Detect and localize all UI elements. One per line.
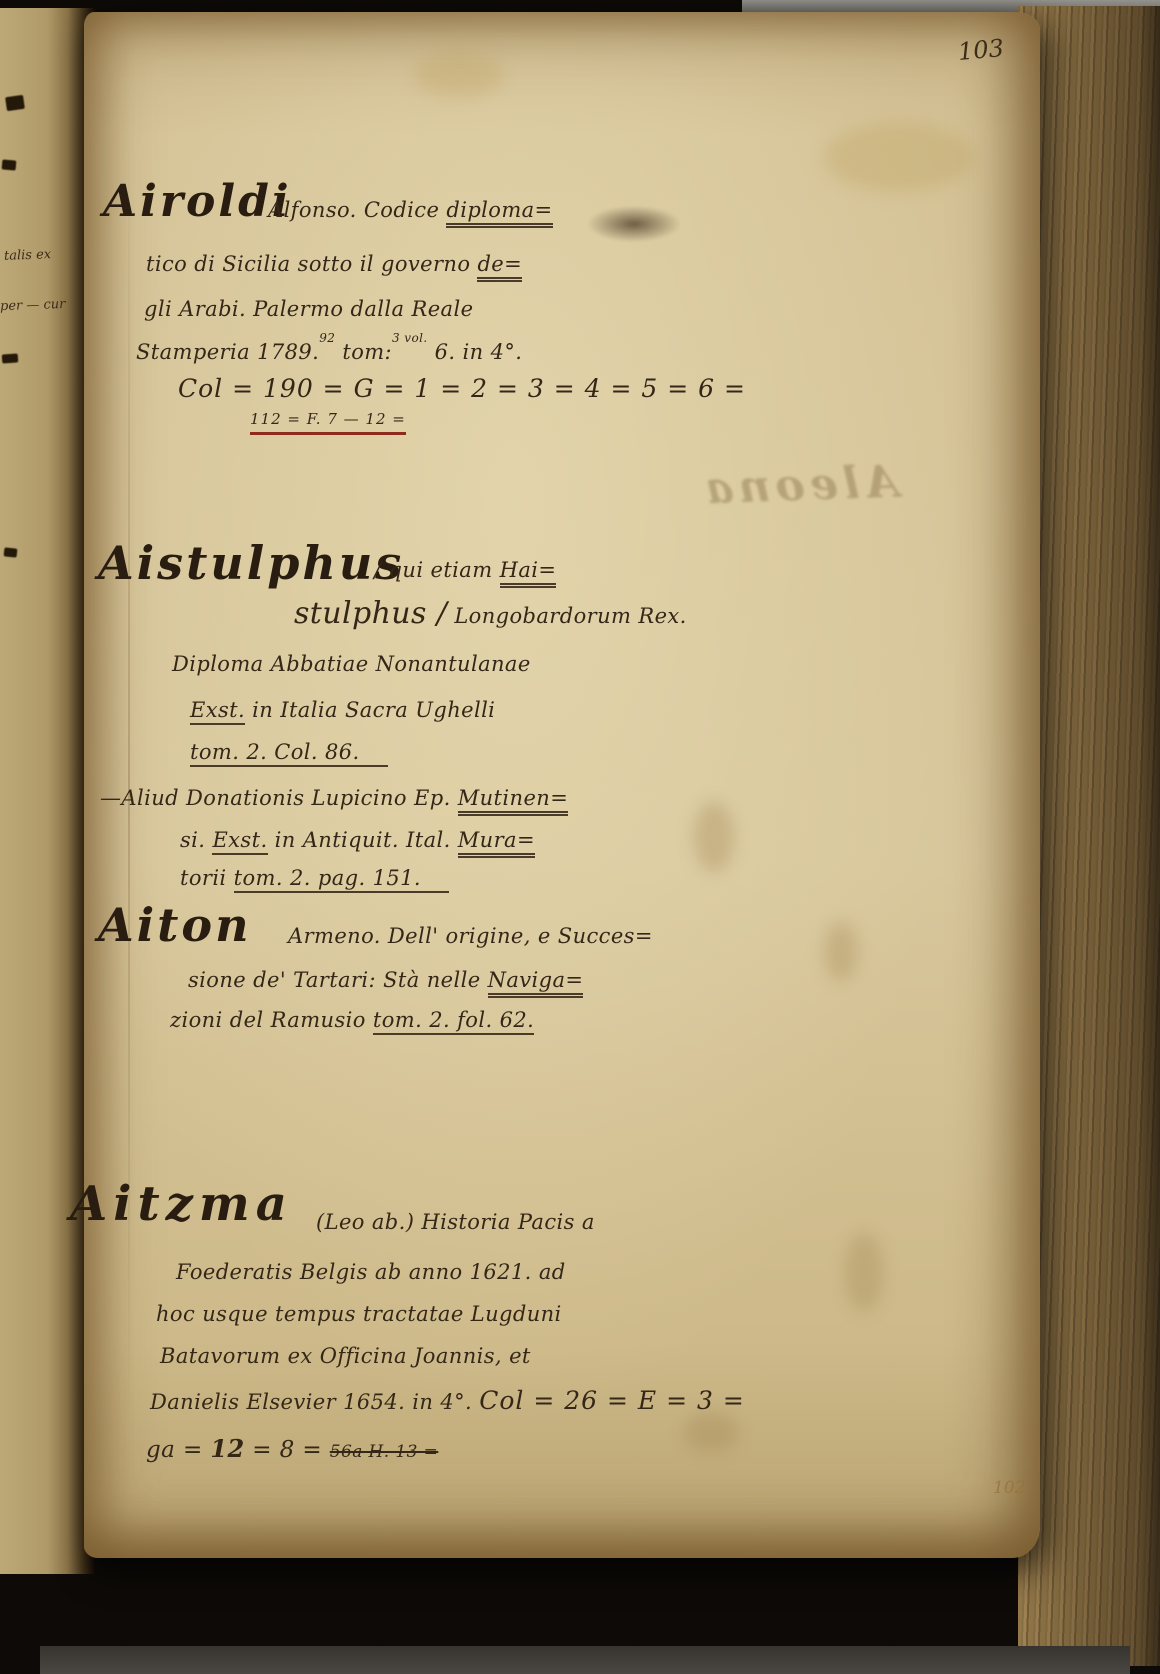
shelfmark-segment: Col = 26 = E = 3 = xyxy=(479,1386,745,1415)
shelfmark-line: 112 = F. 7 — 12 = xyxy=(250,410,406,428)
text-segment: Naviga= xyxy=(488,968,584,998)
ghost-bleedthrough-text: Aleona xyxy=(699,457,899,515)
text-segment: stulphus / xyxy=(294,596,447,631)
text-segment: in Italia Sacra Ughelli xyxy=(245,698,495,722)
text-segment: Longobardorum Rex. xyxy=(447,604,686,628)
text-segment: tom: xyxy=(335,340,392,364)
red-underlined-segment: 112 = F. 7 — 12 = xyxy=(250,410,406,435)
text-segment: 6. in 4°. xyxy=(428,340,523,364)
entry-line: Danielis Elsevier 1654. in 4°. Col = 26 … xyxy=(150,1386,745,1415)
text-segment: Col = 190 = G = 1 = 2 = 3 = 4 = 5 = 6 = xyxy=(178,374,746,403)
text-segment: 12 xyxy=(210,1434,244,1463)
text-segment: tico di Sicilia sotto il governo xyxy=(146,252,477,276)
entry-line: Stamperia 1789.92 tom:3 vol. 6. in 4°. xyxy=(136,340,522,364)
text-segment: Hai= xyxy=(500,558,557,588)
text-segment: torii xyxy=(180,866,234,890)
entry-heading-aiton: Aiton xyxy=(98,898,252,952)
entry-line: sione de' Tartari: Stà nelle Naviga= xyxy=(188,968,583,992)
struck-shelfmark: 56a H. 13 = xyxy=(330,1442,438,1462)
text-segment: = 8 = xyxy=(245,1437,330,1463)
handwritten-text-layer: Aleona 103 Airoldi Alfonso. Codice diplo… xyxy=(0,0,1160,1674)
verso-folio-number: 102 xyxy=(993,1478,1025,1498)
text-segment: —Aliud Donationis Lupicino Ep. xyxy=(100,786,458,810)
superscript-note: 92 xyxy=(319,331,335,345)
text-segment: diploma= xyxy=(446,198,552,228)
folio-number: 103 xyxy=(957,34,1005,66)
ink-smudge xyxy=(588,206,680,242)
entry-line: tom. 2. Col. 86. xyxy=(190,740,388,764)
text-segment: in Antiquit. Ital. xyxy=(268,828,458,852)
text-segment: Armeno. Dell' origine, e Succes= xyxy=(288,924,653,948)
text-segment: / qui etiam xyxy=(374,558,500,582)
text-segment: gli Arabi. Palermo dalla Reale xyxy=(144,297,473,321)
entry-line: hoc usque tempus tractatae Lugduni xyxy=(156,1302,562,1326)
photo-background: talis ex per — cur Aleona 103 Airoldi Al… xyxy=(0,0,1160,1674)
text-segment: hoc usque tempus tractatae Lugduni xyxy=(156,1302,562,1326)
entry-line: —Aliud Donationis Lupicino Ep. Mutinen= xyxy=(100,786,568,810)
text-segment: sione de' Tartari: Stà nelle xyxy=(188,968,488,992)
entry-line: Batavorum ex Officina Joannis, et xyxy=(160,1344,531,1368)
entry-line: Alfonso. Codice diploma= xyxy=(268,198,553,222)
entry-line: zioni del Ramusio tom. 2. fol. 62. xyxy=(170,1008,534,1032)
text-segment: Mutinen= xyxy=(458,786,568,816)
entry-line: Exst. in Italia Sacra Ughelli xyxy=(190,698,495,722)
text-segment: Stamperia 1789. xyxy=(136,340,319,364)
shelfmark-line: Col = 190 = G = 1 = 2 = 3 = 4 = 5 = 6 = xyxy=(178,374,746,403)
text-segment: Diploma Abbatiae Nonantulanae xyxy=(172,652,531,676)
entry-line: stulphus / Longobardorum Rex. xyxy=(294,596,687,631)
text-segment: Exst. xyxy=(212,828,267,855)
entry-line: tico di Sicilia sotto il governo de= xyxy=(146,252,522,276)
text-segment: Alfonso. Codice xyxy=(268,198,446,222)
text-segment: ga = xyxy=(146,1437,210,1463)
entry-line: / qui etiam Hai= xyxy=(374,558,556,582)
text-segment: si. xyxy=(180,828,212,852)
superscript-note: 3 vol. xyxy=(392,331,428,345)
text-segment: Batavorum ex Officina Joannis, et xyxy=(160,1344,531,1368)
entry-heading-aitzma: Aitzma xyxy=(70,1176,293,1232)
text-segment: Mura= xyxy=(458,828,535,858)
entry-line: si. Exst. in Antiquit. Ital. Mura= xyxy=(180,828,535,852)
text-segment: Exst. xyxy=(190,698,245,725)
text-segment: Foederatis Belgis ab anno 1621. ad xyxy=(176,1260,566,1284)
table-surface-bottom xyxy=(40,1646,1130,1674)
entry-line: (Leo ab.) Historia Pacis a xyxy=(316,1210,595,1234)
entry-line: Foederatis Belgis ab anno 1621. ad xyxy=(176,1260,566,1284)
text-segment: tom. 2. pag. 151. xyxy=(234,866,449,893)
text-segment: tom. 2. Col. 86. xyxy=(190,740,388,767)
entry-line: Armeno. Dell' origine, e Succes= xyxy=(288,924,653,948)
text-segment: zioni del Ramusio xyxy=(170,1008,373,1032)
text-segment: tom. 2. fol. 62. xyxy=(373,1008,534,1035)
text-segment: (Leo ab.) Historia Pacis a xyxy=(316,1210,595,1234)
shelfmark-line: ga = 12 = 8 = 56a H. 13 = xyxy=(146,1434,438,1463)
text-segment: de= xyxy=(477,252,522,282)
entry-heading-airoldi: Airoldi xyxy=(103,176,292,227)
entry-line: gli Arabi. Palermo dalla Reale xyxy=(144,297,473,321)
text-segment: Danielis Elsevier 1654. in 4°. xyxy=(150,1390,479,1414)
entry-line: torii tom. 2. pag. 151. xyxy=(180,866,449,890)
entry-line: Diploma Abbatiae Nonantulanae xyxy=(172,652,531,676)
entry-heading-aistulphus: Aistulphus xyxy=(98,536,404,590)
